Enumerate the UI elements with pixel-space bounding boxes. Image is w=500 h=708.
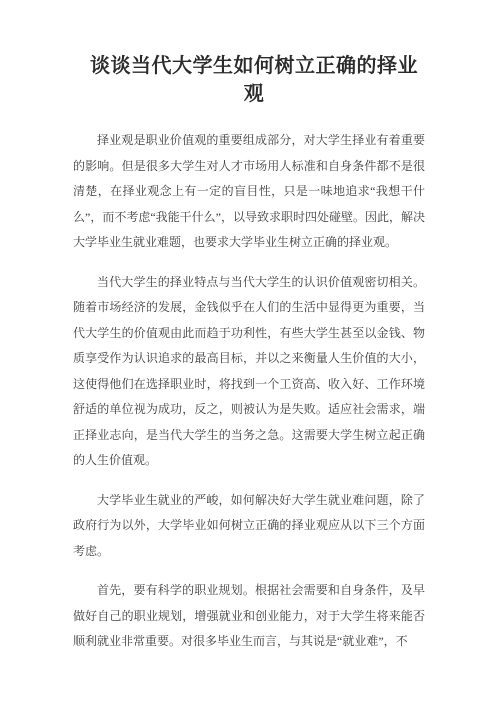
paragraph-intro: 择业观是职业价值观的重要组成部分，对大学生择业有着重要的影响。但是很多大学生对人… <box>73 128 425 256</box>
document-page: 谈谈当代大学生如何树立正确的择业观 择业观是职业价值观的重要组成部分，对大学生择… <box>0 0 500 708</box>
paragraph-three-aspects: 大学毕业生就业的严峻，如何解决好大学生就业难问题，除了政府行为以外，大学毕业如何… <box>73 488 425 565</box>
paragraph-career-planning: 首先，要有科学的职业规划。根据社会需要和自身条件，及早做好自己的职业规划，增强就… <box>73 578 425 655</box>
document-title: 谈谈当代大学生如何树立正确的择业观 <box>83 52 425 108</box>
paragraph-values: 当代大学生的择业特点与当代大学生的认识价值观密切相关。随着市场经济的发展，金钱似… <box>73 270 425 474</box>
